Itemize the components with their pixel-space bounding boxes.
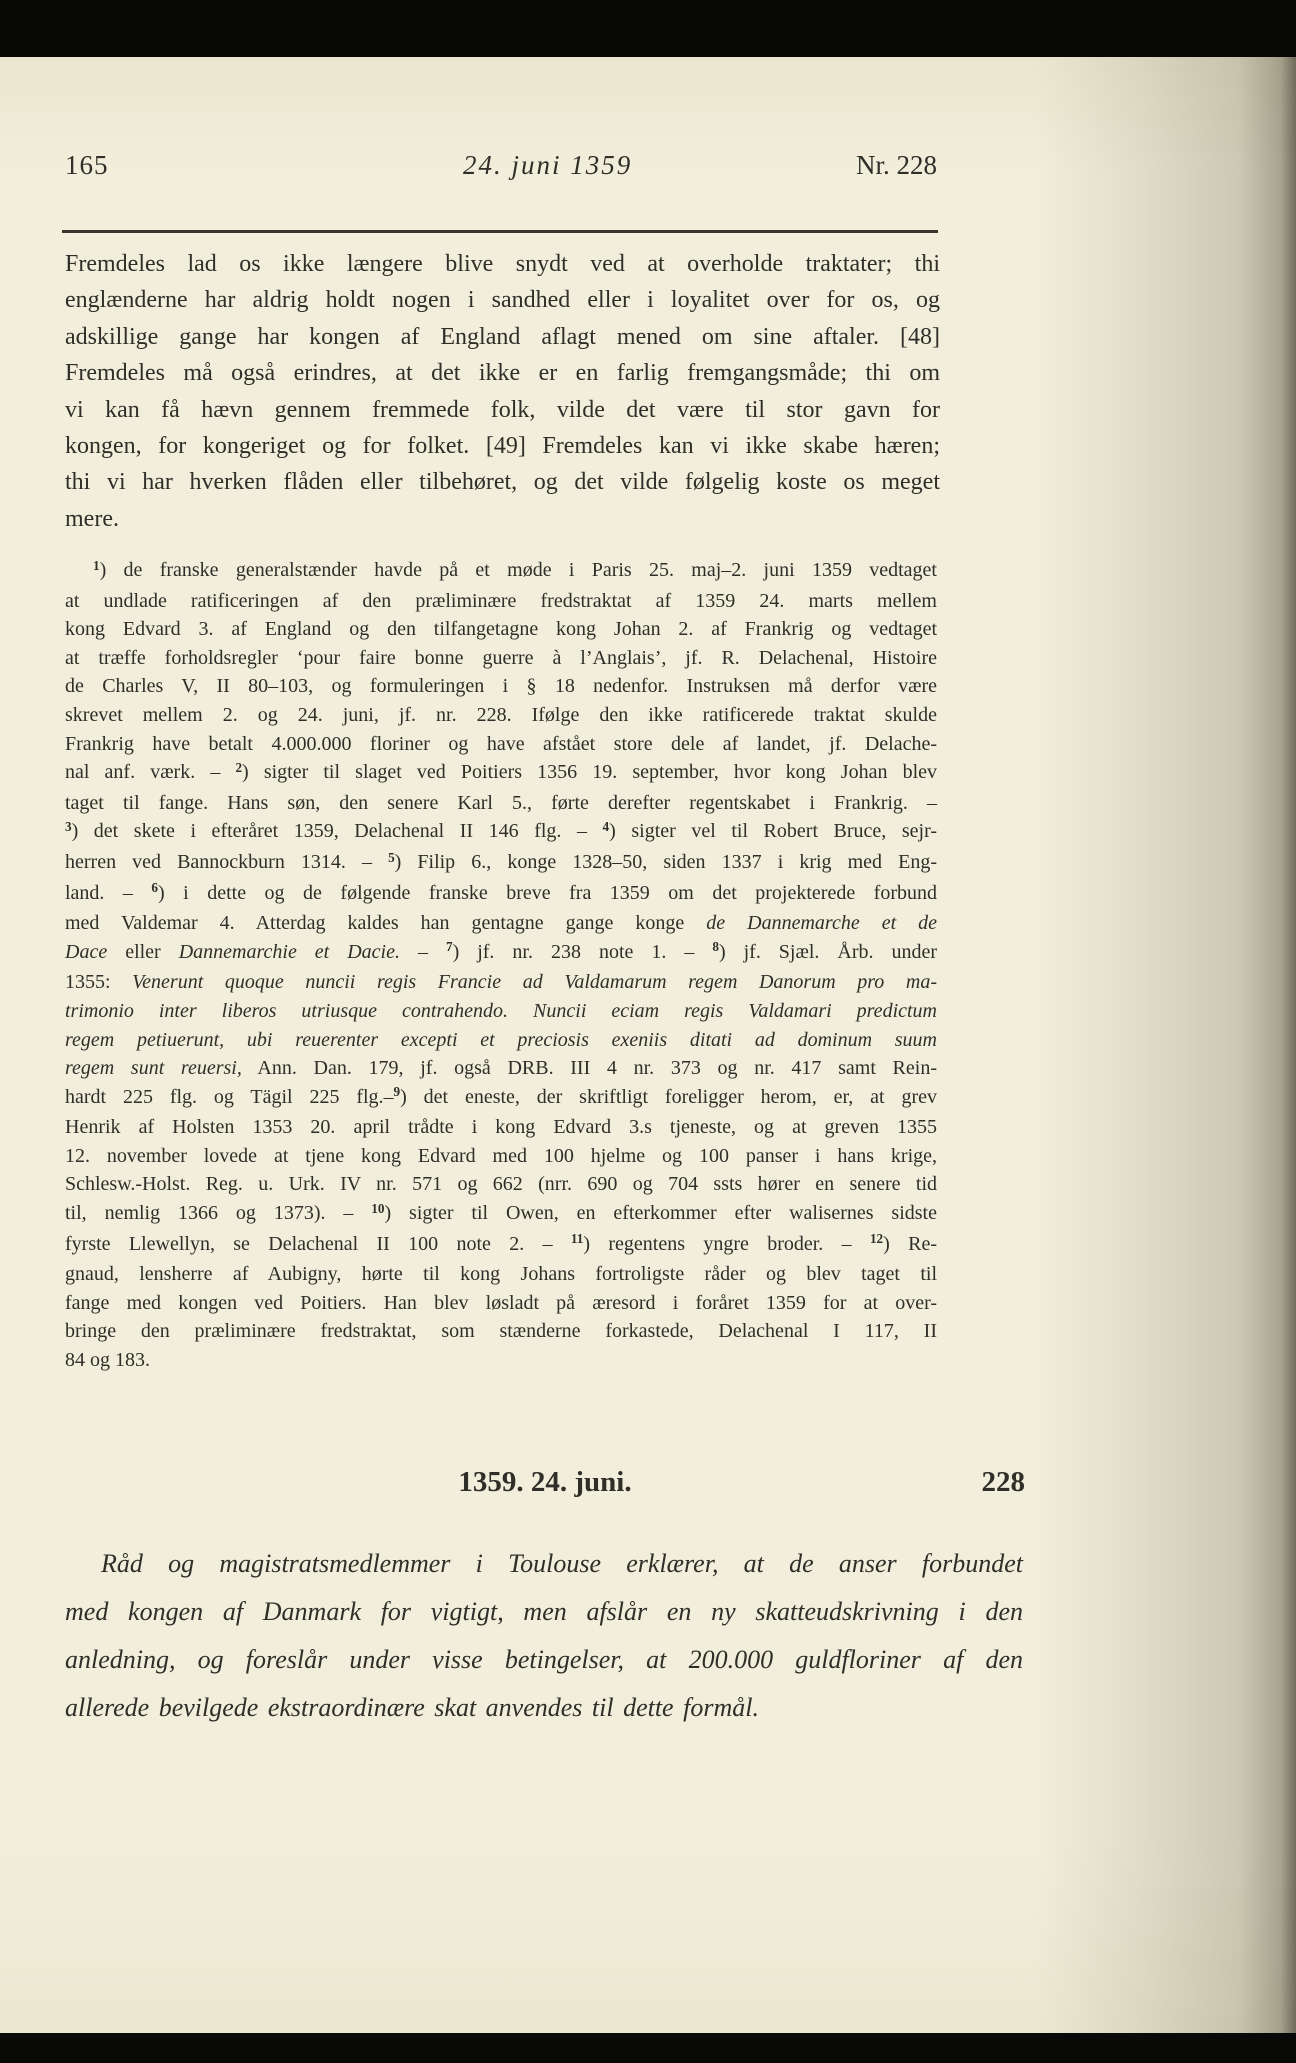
- text-line: Råd og magistratsmedlemmer i Toulouse er…: [65, 1540, 1023, 1588]
- text-line: Dace eller Dannemarchie et Dacie. – 7) j…: [65, 938, 937, 969]
- main-paragraph: Fremdeles lad os ikke længere blive snyd…: [65, 246, 940, 537]
- text-line: adskillige gange har kongen af England a…: [65, 319, 940, 355]
- text-line: Frankrig have betalt 4.000.000 floriner …: [65, 730, 937, 759]
- text-line: land. – 6) i dette og de følgende fransk…: [65, 879, 937, 910]
- text-line: anledning, og foreslår under visse betin…: [65, 1636, 1023, 1684]
- text-line: 3) det skete i efteråret 1359, Delachena…: [65, 817, 937, 848]
- text-line: thi vi har hverken flåden eller tilbehør…: [65, 464, 940, 500]
- text-line: herren ved Bannockburn 1314. – 5) Filip …: [65, 848, 937, 879]
- text-line: fyrste Llewellyn, se Delachenal II 100 n…: [65, 1230, 937, 1261]
- text-line: 1) de franske generalstænder havde på et…: [65, 556, 937, 587]
- text-line: nal anf. værk. – 2) sigter til slaget ve…: [65, 758, 937, 789]
- footnotes-block: 1) de franske generalstænder havde på et…: [65, 556, 937, 1375]
- text-line: trimonio inter liberos utriusque contrah…: [65, 997, 937, 1026]
- text-line: allerede bevilgede ekstraordinære skat a…: [65, 1684, 1023, 1732]
- section-heading-row: 1359. 24. juni. 228: [65, 1466, 1025, 1508]
- scanner-band-bottom: [0, 2033, 1296, 2063]
- text-line: 1355: Venerunt quoque nuncii regis Franc…: [65, 968, 937, 997]
- page-number: 165: [65, 150, 109, 181]
- text-line: med Valdemar 4. Atterdag kaldes han gent…: [65, 909, 937, 938]
- text-line: regem petiuerunt, ubi reuerenter excepti…: [65, 1026, 937, 1055]
- text-line: bringe den præliminære fredstraktat, som…: [65, 1317, 937, 1346]
- text-line: 84 og 183.: [65, 1346, 937, 1375]
- text-line: at undlade ratificeringen af den prælimi…: [65, 587, 937, 616]
- header-rule: [62, 230, 938, 233]
- scanner-band-top: [0, 0, 1296, 57]
- text-line: vi kan få hævn gennem fremmede folk, vil…: [65, 392, 940, 428]
- text-line: englænderne har aldrig holdt nogen i san…: [65, 282, 940, 318]
- text-line: kongen, for kongeriget og for folket. [4…: [65, 428, 940, 464]
- text-line: mere.: [65, 501, 940, 537]
- text-line: gnaud, lensherre af Aubigny, hørte til k…: [65, 1260, 937, 1289]
- text-line: fange med kongen ved Poitiers. Han blev …: [65, 1289, 937, 1318]
- running-head-date: 24. juni 1359: [463, 150, 632, 181]
- text-line: hardt 225 flg. og Tägil 225 flg.–9) det …: [65, 1083, 937, 1114]
- text-line: 12. november lovede at tjene kong Edvard…: [65, 1142, 937, 1171]
- text-line: Fremdeles må også erindres, at det ikke …: [65, 355, 940, 391]
- text-line: skrevet mellem 2. og 24. juni, jf. nr. 2…: [65, 701, 937, 730]
- text-line: de Charles V, II 80–103, og formuleringe…: [65, 672, 937, 701]
- section-heading-date: 1359. 24. juni.: [458, 1466, 631, 1498]
- summary-paragraph: Råd og magistratsmedlemmer i Toulouse er…: [65, 1540, 1023, 1732]
- running-head: 165 24. juni 1359 Nr. 228: [65, 150, 937, 190]
- text-line: til, nemlig 1366 og 1373). – 10) sigter …: [65, 1199, 937, 1230]
- running-head-doc-number: Nr. 228: [856, 150, 937, 181]
- text-line: regem sunt reuersi, Ann. Dan. 179, jf. o…: [65, 1054, 937, 1083]
- scanned-book-page: 165 24. juni 1359 Nr. 228 Fremdeles lad …: [0, 0, 1296, 2063]
- text-line: at træffe forholdsregler ‘pour faire bon…: [65, 644, 937, 673]
- text-line: Schlesw.-Holst. Reg. u. Urk. IV nr. 571 …: [65, 1170, 937, 1199]
- page-edge-shadow: [1036, 57, 1296, 2033]
- text-line: taget til fange. Hans søn, den senere Ka…: [65, 789, 937, 818]
- text-line: kong Edvard 3. af England og den tilfang…: [65, 615, 937, 644]
- text-line: med kongen af Danmark for vigtigt, men a…: [65, 1588, 1023, 1636]
- text-line: Fremdeles lad os ikke længere blive snyd…: [65, 246, 940, 282]
- text-line: Henrik af Holsten 1353 20. april trådte …: [65, 1113, 937, 1142]
- section-heading-number: 228: [982, 1466, 1026, 1499]
